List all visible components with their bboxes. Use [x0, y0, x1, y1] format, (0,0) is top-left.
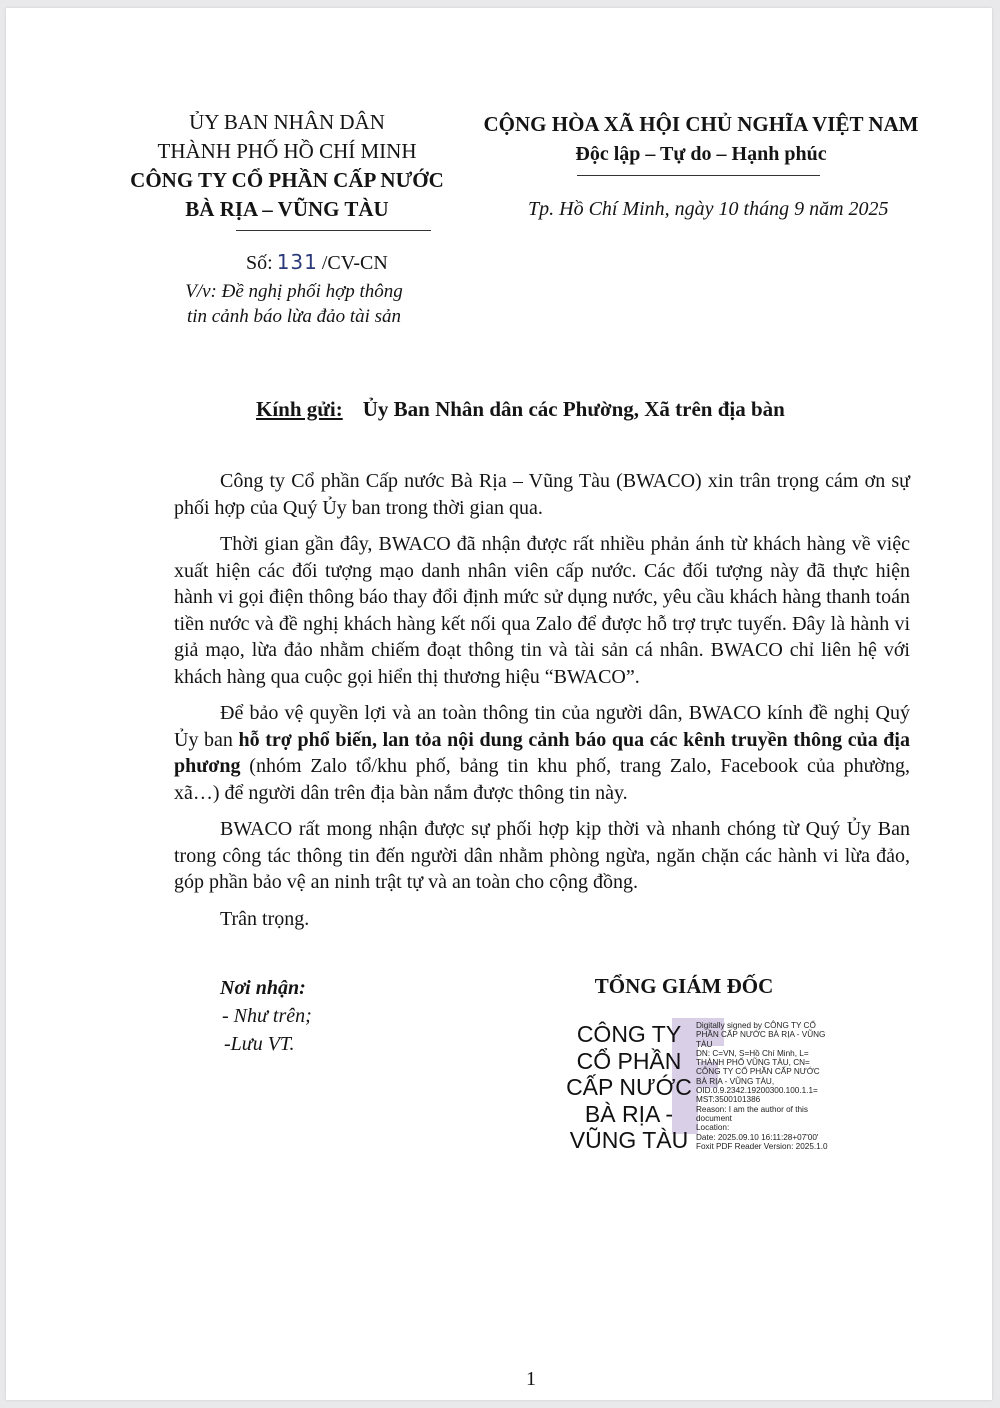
greeting-recipient: Ủy Ban Nhân dân các Phường, Xã trên địa …	[363, 397, 785, 421]
greeting-label: Kính gửi:	[256, 397, 343, 421]
signature-detail-line: document	[696, 1114, 856, 1123]
paragraph-1: Công ty Cổ phần Cấp nước Bà Rịa – Vũng T…	[174, 468, 910, 521]
issuer-header: ỦY BAN NHÂN DÂN THÀNH PHỐ HỒ CHÍ MINH CÔ…	[106, 108, 468, 224]
page-number: 1	[516, 1368, 546, 1391]
signature-name-line: VŨNG TÀU	[554, 1127, 704, 1154]
paragraph-4: BWACO rất mong nhận được sự phối hợp kịp…	[174, 816, 910, 896]
signature-detail-line: MST:3500101386	[696, 1095, 856, 1104]
closing: Trân trọng.	[174, 906, 910, 933]
national-title: CỘNG HÒA XÃ HỘI CHỦ NGHĨA VIỆT NAM	[466, 109, 936, 139]
signature-detail-line: PHẦN CẤP NƯỚC BÀ RỊA - VŨNG	[696, 1030, 856, 1039]
subject-line-2: tin cảnh báo lừa đảo tài sản	[114, 304, 474, 329]
signature-detail-line: Reason: I am the author of this	[696, 1105, 856, 1114]
recipients-block: Nơi nhận: - Như trên; -Lưu VT.	[220, 974, 312, 1058]
recipient-item: - Như trên;	[222, 1002, 312, 1030]
paragraph-2: Thời gian gần đây, BWACO đã nhận được rấ…	[174, 531, 910, 690]
signature-name-line: CỔ PHẦN	[554, 1048, 704, 1075]
document-number-suffix: /CV-CN	[322, 252, 388, 274]
issuer-authority: ỦY BAN NHÂN DÂN	[106, 108, 468, 137]
signature-name-line: CÔNG TY	[554, 1021, 704, 1048]
document-number: Số:131/CV-CN	[246, 250, 546, 275]
paragraph-3-detail: (nhóm Zalo tổ/khu phố, bảng tin khu phố,…	[174, 755, 910, 804]
document-page: ỦY BAN NHÂN DÂN THÀNH PHỐ HỒ CHÍ MINH CÔ…	[6, 8, 992, 1400]
signer-title: TỔNG GIÁM ĐỐC	[589, 974, 779, 999]
paragraph-3: Để bảo vệ quyền lợi và an toàn thông tin…	[174, 700, 910, 806]
signature-name-line: CẤP NƯỚC	[554, 1074, 704, 1101]
signature-detail-line: Digitally signed by CÔNG TY CỔ	[696, 1021, 856, 1030]
recipient-item: -Lưu VT.	[224, 1030, 312, 1058]
greeting: Kính gửi:Ủy Ban Nhân dân các Phường, Xã …	[256, 397, 785, 422]
signature-detail-line: DN: C=VN, S=Hồ Chí Minh, L=	[696, 1049, 856, 1058]
place-date: Tp. Hồ Chí Minh, ngày 10 tháng 9 năm 202…	[528, 198, 938, 221]
signature-name-line: BÀ RỊA -	[554, 1101, 704, 1128]
issuer-city: THÀNH PHỐ HỒ CHÍ MINH	[106, 137, 468, 166]
national-header: CỘNG HÒA XÃ HỘI CHỦ NGHĨA VIỆT NAM Độc l…	[466, 109, 936, 169]
signature-detail-line: CÔNG TY CỔ PHẦN CẤP NƯỚC	[696, 1067, 856, 1076]
recipients-title: Nơi nhận:	[220, 974, 312, 1002]
issuer-divider	[236, 230, 431, 231]
document-number-value: 131	[273, 250, 322, 274]
signature-detail-line: OID.0.9.2342.19200300.100.1.1=	[696, 1086, 856, 1095]
document-number-label: Số:	[246, 252, 273, 274]
signature-detail-line: Date: 2025.09.10 16:11:28+07'00'	[696, 1133, 856, 1142]
signature-detail-line: TÀU	[696, 1040, 856, 1049]
document-subject: V/v: Đề nghị phối hợp thông tin cảnh báo…	[114, 279, 474, 329]
letter-body: Công ty Cổ phần Cấp nước Bà Rịa – Vũng T…	[174, 468, 910, 942]
signature-detail-line: BÀ RỊA - VŨNG TÀU,	[696, 1077, 856, 1086]
subject-line-1: V/v: Đề nghị phối hợp thông	[114, 279, 474, 304]
issuer-company-location: BÀ RỊA – VŨNG TÀU	[106, 195, 468, 224]
digital-signature-name: CÔNG TY CỔ PHẦN CẤP NƯỚC BÀ RỊA - VŨNG T…	[554, 1021, 704, 1154]
issuer-company: CÔNG TY CỔ PHẦN CẤP NƯỚC	[106, 166, 468, 195]
digital-signature-details: Digitally signed by CÔNG TY CỔ PHẦN CẤP …	[696, 1021, 856, 1151]
national-motto: Độc lập – Tự do – Hạnh phúc	[466, 139, 936, 169]
motto-divider	[577, 175, 820, 176]
signature-detail-line: Location:	[696, 1123, 856, 1132]
signature-detail-line: Foxit PDF Reader Version: 2025.1.0	[696, 1142, 856, 1151]
